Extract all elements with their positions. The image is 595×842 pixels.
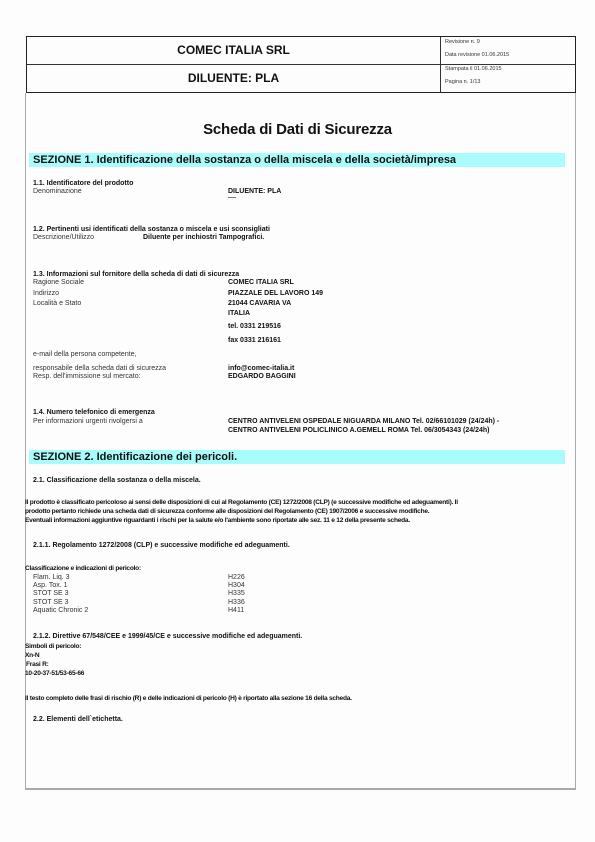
s14-heading: 1.4. Numero telefonico di emergenza (33, 409, 155, 417)
stato-value: ITALIA (228, 310, 250, 318)
document-title: Scheda di Dati di Sicurezza (0, 121, 595, 138)
revision-number: Revisione n. 9 (445, 39, 480, 45)
s211-heading: 2.1.1. Regolamento 1272/2008 (CLP) e suc… (33, 542, 290, 550)
section-1-heading: SEZIONE 1. Identificazione della sostanz… (29, 153, 565, 167)
s12-heading: 1.2. Pertinenti usi identificati della s… (33, 226, 270, 234)
section-2-heading: SEZIONE 2. Identificazione dei pericoli. (29, 450, 565, 464)
resp-value: EDGARDO BAGGINI (228, 373, 296, 381)
full-text-note: Il testo completo delle frasi di rischio… (25, 694, 352, 703)
tel-value: tel. 0331 219516 (228, 323, 281, 331)
hazard-code: H336 (228, 599, 245, 607)
s11-value: DILUENTE: PLA (228, 188, 281, 196)
class-name: STOT SE 3 (33, 599, 69, 607)
hazard-code: H226 (228, 574, 245, 582)
header-titles: COMEC ITALIA SRL DILUENTE: PLA (27, 37, 441, 92)
s21-para-2: prodotto pertanto richiede una scheda da… (25, 507, 429, 516)
class-name: Aquatic Chronic 2 (33, 607, 88, 615)
print-date: Stampata il 01.06.2015 (445, 66, 502, 72)
product-name: DILUENTE: PLA (27, 65, 440, 93)
s22-heading: 2.2. Elementi dell`etichetta. (33, 716, 123, 724)
email-label-1: e-mail della persona competente, (33, 351, 137, 359)
fax-value: fax 0331 216161 (228, 337, 281, 345)
phrases-value: 10-20-37-51/53-65-66 (25, 669, 84, 678)
s21-heading: 2.1. Classificazione della sostanza o de… (33, 477, 201, 485)
header-meta: Revisione n. 9 Data revisione 01.06.2015… (441, 37, 575, 92)
class-name: STOT SE 3 (33, 590, 69, 598)
ragione-value: COMEC ITALIA SRL (228, 279, 294, 287)
s212-heading: 2.1.2. Direttive 67/548/CEE e 1999/45/CE… (33, 633, 302, 641)
revision-date: Data revisione 01.06.2015 (445, 52, 509, 58)
s13-heading: 1.3. Informazioni sul fornitore della sc… (33, 271, 239, 279)
s21-para-3: Eventuali informazioni aggiuntive riguar… (25, 516, 410, 525)
resp-label: Resp. dell'immissione sul mercato: (33, 373, 141, 381)
email-value[interactable]: info@comec-italia.it (228, 365, 294, 373)
document-header: COMEC ITALIA SRL DILUENTE: PLA Revisione… (26, 36, 576, 93)
symbols-value: Xn-N (25, 651, 39, 660)
emergency-line-1: CENTRO ANTIVELENI OSPEDALE NIGUARDA MILA… (228, 418, 499, 426)
page-frame (25, 93, 576, 790)
hazard-code: H335 (228, 590, 245, 598)
class-heading: Classificazione e indicazioni di pericol… (25, 564, 141, 573)
hazard-code: H304 (228, 582, 245, 590)
hazard-code: H411 (228, 607, 244, 615)
s12-label: Descrizione/Utilizzo (33, 234, 94, 242)
symbols-label: Simboli di pericolo: (25, 642, 81, 651)
email-label-2: responsabile della scheda dati di sicure… (33, 365, 166, 373)
ragione-label: Ragione Sociale (33, 279, 84, 287)
class-name: Asp. Tox. 1 (33, 582, 68, 590)
phrases-label: Frasi R: (26, 660, 49, 669)
underline-mark (228, 197, 236, 198)
indirizzo-value: PIAZZALE DEL LAVORO 149 (228, 290, 323, 298)
s21-para-1: Il prodotto è classificato pericoloso ai… (25, 498, 458, 507)
s14-label: Per informazioni urgenti rivolgersi a (33, 418, 143, 426)
localita-value: 21044 CAVARIA VA (228, 300, 291, 308)
s12-value: Diluente per inchiostri Tampografici. (143, 234, 264, 242)
s11-label: Denominazione (33, 188, 82, 196)
localita-label: Località e Stato (33, 300, 81, 308)
page-number: Pagina n. 1/13 (445, 79, 480, 85)
class-name: Flam. Liq. 3 (33, 574, 70, 582)
emergency-line-2: CENTRO ANTIVELENI POLICLINICO A.GEMELL R… (228, 427, 490, 435)
indirizzo-label: Indirizzo (33, 290, 59, 298)
meta-divider (441, 64, 575, 65)
s11-heading: 1.1. Identificatore del prodotto (33, 180, 133, 188)
company-name: COMEC ITALIA SRL (27, 37, 440, 65)
